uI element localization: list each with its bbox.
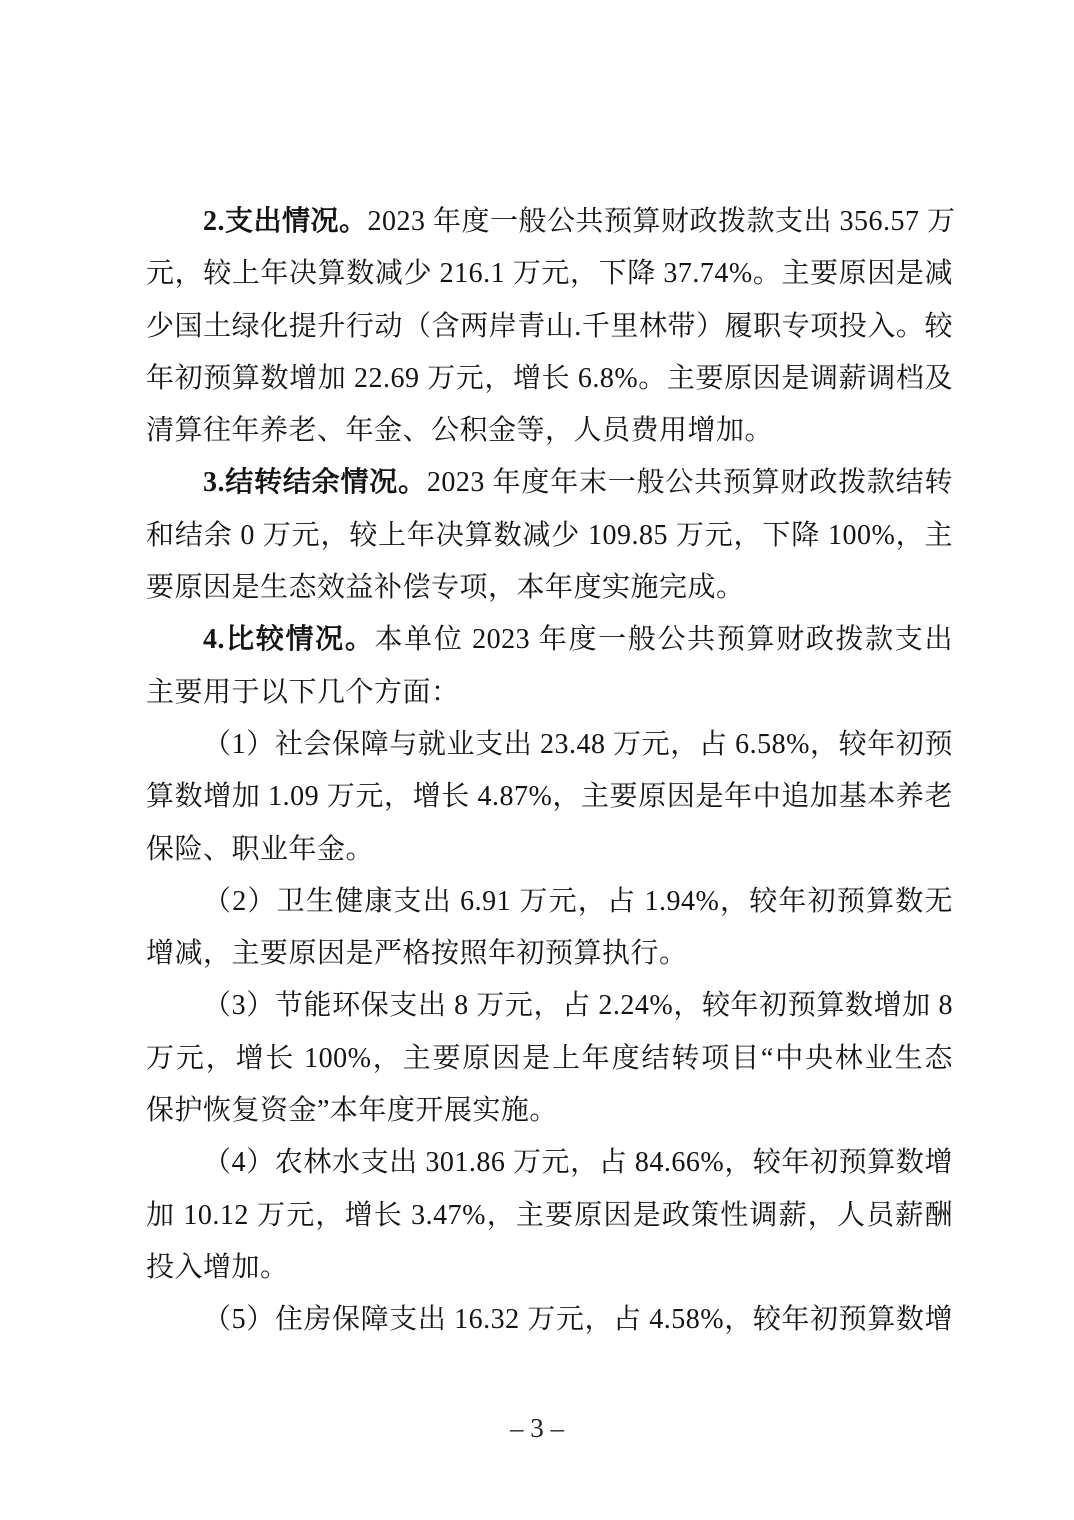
text-line: 万元，增长 100%，主要原因是上年度结转项目“中央林业生态 [146, 1033, 953, 1085]
text-line: 2.支出情况。2023 年度一般公共预算财政拨款支出 356.57 万 [146, 196, 953, 248]
section-heading: 2.支出情况。 [203, 206, 368, 237]
text-line: 少国土绿化提升行动（含两岸青山.千里林带）履职专项投入。较 [146, 301, 953, 353]
text-line: 和结余 0 万元，较上年决算数减少 109.85 万元，下降 100%，主 [146, 510, 953, 562]
text-line: 年初预算数增加 22.69 万元，增长 6.8%。主要原因是调薪调档及 [146, 353, 953, 405]
text-line: 保护恢复资金”本年度开展实施。 [146, 1085, 953, 1137]
page-number: – 3 – [0, 1408, 1074, 1448]
text-line: 清算往年养老、年金、公积金等，人员费用增加。 [146, 405, 953, 457]
text-run: 2023 年度一般公共预算财政拨款支出 356.57 万 [368, 206, 956, 237]
text-line: 增减，主要原因是严格按照年初预算执行。 [146, 928, 953, 980]
text-line: 4.比较情况。本单位 2023 年度一般公共预算财政拨款支出 [146, 614, 953, 666]
text-line: 加 10.12 万元，增长 3.47%，主要原因是政策性调薪，人员薪酬 [146, 1190, 953, 1242]
text-line: 元，较上年决算数减少 216.1 万元，下降 37.74%。主要原因是减 [146, 248, 953, 300]
text-line: 要原因是生态效益补偿专项，本年度实施完成。 [146, 562, 953, 614]
text-line: 主要用于以下几个方面： [146, 667, 953, 719]
text-line: （1）社会保障与就业支出 23.48 万元，占 6.58%，较年初预 [146, 719, 953, 771]
text-line: 保险、职业年金。 [146, 824, 953, 876]
text-line: （3）节能环保支出 8 万元，占 2.24%，较年初预算数增加 8 [146, 980, 953, 1032]
text-line: （2）卫生健康支出 6.91 万元，占 1.94%，较年初预算数无 [146, 876, 953, 928]
text-line: （5）住房保障支出 16.32 万元，占 4.58%，较年初预算数增 [146, 1294, 953, 1346]
text-line: 3.结转结余情况。2023 年度年末一般公共预算财政拨款结转 [146, 457, 953, 509]
document-page: 2.支出情况。2023 年度一般公共预算财政拨款支出 356.57 万 元，较上… [0, 0, 1074, 1520]
section-heading: 4.比较情况。 [203, 624, 375, 655]
document-body: 2.支出情况。2023 年度一般公共预算财政拨款支出 356.57 万 元，较上… [146, 196, 953, 1347]
text-line: 投入增加。 [146, 1242, 953, 1294]
text-run: 本单位 2023 年度一般公共预算财政拨款支出 [375, 624, 953, 655]
text-run: 2023 年度年末一般公共预算财政拨款结转 [427, 467, 953, 498]
section-heading: 3.结转结余情况。 [203, 467, 427, 498]
text-line: 算数增加 1.09 万元，增长 4.87%，主要原因是年中追加基本养老 [146, 771, 953, 823]
text-line: （4）农林水支出 301.86 万元，占 84.66%，较年初预算数增 [146, 1137, 953, 1189]
